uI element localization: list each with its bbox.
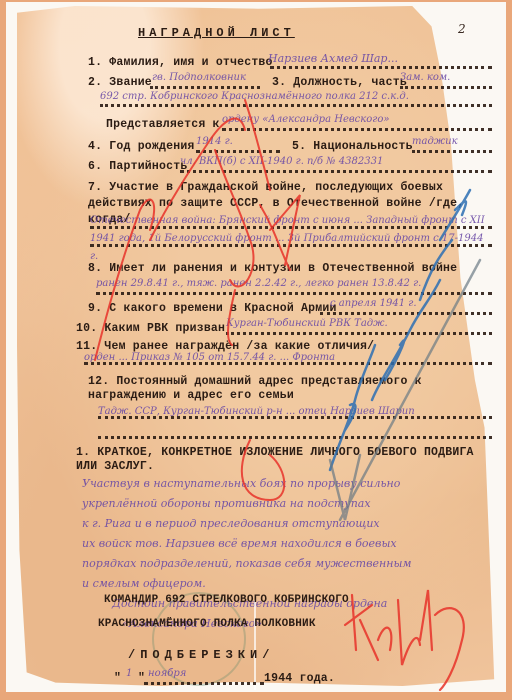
signature-line-1: КОМАНДИР 692 СТРЕЛКОВОГО КОБРИНСКОГО (104, 594, 349, 606)
signature-date: " 1 " ноября 1944 года. (114, 672, 334, 686)
date-month: ноября (148, 668, 186, 679)
field-label-rank: 2. Звание (88, 76, 152, 89)
field-value-name: Нарзиев Ахмед Шар... (268, 52, 398, 65)
field-value-draft-office: Курган-Тюбинский РВК Тадж. (226, 318, 388, 329)
field-label-home-address: 12. Постоянный домашний адрес представля… (88, 375, 488, 403)
dotted-line (144, 682, 264, 685)
field-label-nationality: 5. Национальность (292, 140, 413, 153)
dotted-line (150, 86, 260, 89)
feat-text: Участвуя в наступательных боях по прорыв… (82, 474, 482, 634)
dotted-line (400, 86, 492, 89)
feat-heading: 1. КРАТКОЕ, КОНКРЕТНОЕ ИЗЛОЖЕНИЕ ЛИЧНОГО… (76, 446, 476, 474)
field-value-birth-year: 1914 г. (196, 136, 233, 147)
dotted-line (196, 150, 280, 153)
dotted-line (96, 292, 492, 295)
field-label-award: Представляется к (106, 118, 220, 131)
date-year: 1944 года. (264, 672, 335, 685)
dotted-line (90, 244, 492, 247)
signature-place: /ПОДБЕРЕЗКИ/ (128, 648, 274, 662)
dotted-line (98, 436, 492, 439)
dotted-line (84, 362, 492, 365)
dotted-line (222, 128, 492, 131)
dotted-line (270, 66, 492, 69)
dotted-line (90, 226, 492, 229)
field-value-home-address: Тадж. ССР, Курган-Тюбинский р-н ... отец… (98, 402, 478, 422)
field-label-wounds: 8. Имеет ли ранения и контузии в Отечест… (88, 262, 457, 275)
date-quote-open: " (114, 672, 121, 685)
field-label-birth-year: 4. Год рождения (88, 140, 195, 153)
dotted-line (180, 170, 492, 173)
document-title: НАГРАДНОЙ ЛИСТ (138, 26, 295, 40)
dotted-line (412, 150, 492, 153)
dotted-line (320, 312, 492, 315)
date-day: 1 (126, 668, 132, 679)
field-label-position: 3. Должность, часть (272, 76, 407, 89)
field-value-rank: гв. Подполковник (152, 72, 246, 83)
field-value-wounds: ранен 29.8.41 г., тяж. ранен 2.2.42 г., … (96, 278, 421, 289)
field-value-army-since: с апреля 1941 г. (330, 298, 417, 309)
page-number: 2 (458, 22, 466, 36)
field-value-party: чл. ВКП(б) с XII-1940 г. п/б № 4382331 (180, 156, 383, 167)
dotted-line (98, 416, 492, 419)
field-label-name: 1. Фамилия, имя и отчество (88, 56, 273, 69)
field-label-draft-office: 10. Каким РВК призван (76, 322, 225, 335)
signature-line-2: КРАСНОЗНАМЁННОГО ПОЛКА ПОЛКОВНИК (98, 618, 316, 630)
field-label-army-since: 9. С какого времени в Красной Армии (88, 302, 337, 315)
feat-line: к г. Рига и в период преследования отсту… (82, 514, 482, 534)
feat-line: Участвуя в наступательных боях по прорыв… (82, 474, 482, 494)
dotted-line (226, 332, 492, 335)
feat-line: укреплённой обороны противника на подсту… (82, 494, 482, 514)
feat-line: и смелым офицером. (82, 574, 482, 594)
feat-line: их войск тов. Нарзиев всё время находилс… (82, 534, 482, 554)
field-value-war-participation: Отечественная война: Брянский фронт с ию… (90, 212, 490, 266)
field-value-nationality: таджик (412, 136, 458, 147)
dotted-line (100, 104, 492, 107)
field-value-position: Зам. ком. (400, 72, 450, 83)
field-value-unit: 692 стр. Кобринского Краснознамённого по… (100, 91, 409, 102)
field-value-award: ордену «Александра Невского» (222, 114, 389, 125)
feat-line: порядках подразделений, показав себя муж… (82, 554, 482, 574)
field-label-party: 6. Партийность (88, 160, 187, 173)
